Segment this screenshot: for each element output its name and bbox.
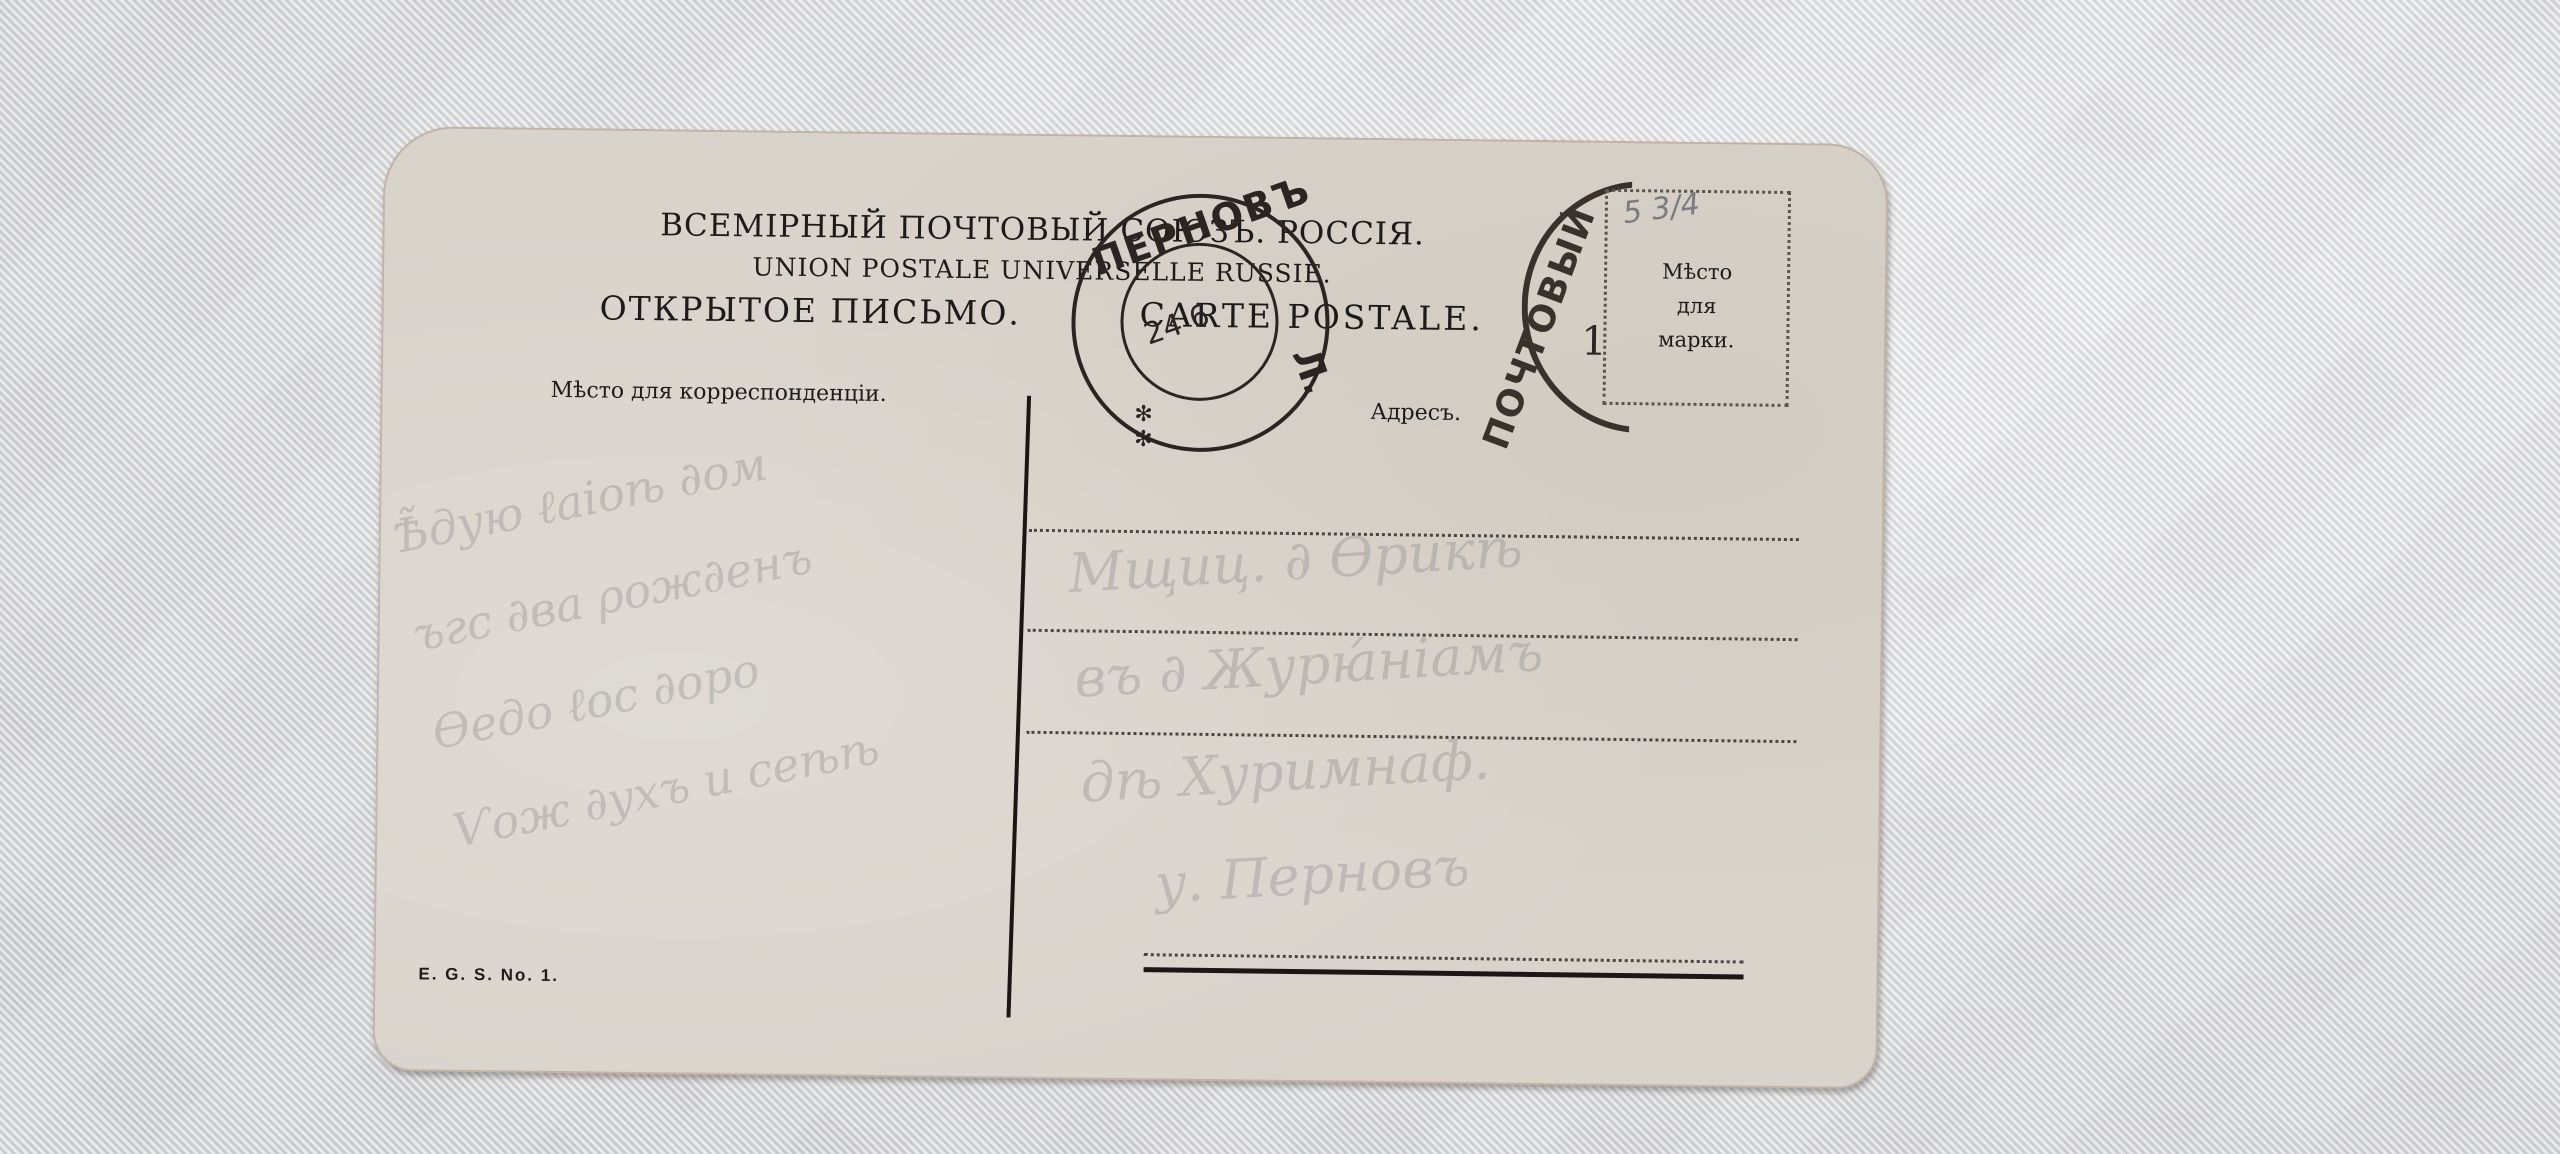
address-label: Адресъ. — [1370, 400, 1461, 426]
publisher-mark: E. G. S. No. 1. — [418, 964, 559, 986]
stamp-box-line: для — [1607, 288, 1787, 324]
handwritten-message: Ѣ̃дую ℓаіоѣ ∂омъгс ∂ва ρож∂енъѲедо ℓос ∂… — [384, 379, 1012, 881]
address-line — [1144, 953, 1744, 963]
handwritten-address: Мщиц. ∂ Ѳрикѣвъ ∂ Журꙗ́ніамъдѣ Хуримнаф.… — [1065, 477, 1848, 940]
header-line-fr: UNION POSTALE UNIVERSELLE RUSSIE. — [522, 250, 1562, 292]
address-underline — [1144, 967, 1744, 979]
stamp-box-line: марки. — [1606, 322, 1786, 358]
postmark-suffix: Л. — [1284, 342, 1341, 400]
stamp-box-line: Мѣсто — [1607, 254, 1787, 290]
header-line-ru: ВСЕМІРНЫЙ ПОЧТОВЫЙ СОЮЗЪ. РОССІЯ. — [522, 206, 1562, 255]
postmark-pernov: ПЕРНОВЪ Л. 24 6 ✻ ✻ — [1070, 192, 1331, 453]
postcard: ВСЕМІРНЫЙ ПОЧТОВЫЙ СОЮЗЪ. РОССІЯ. UNION … — [372, 126, 1888, 1089]
star-icon: ✻ ✻ — [1134, 402, 1325, 454]
title-ru: ОТКРЫТОЕ ПИСЬМО. — [599, 288, 1021, 332]
center-divider — [1006, 396, 1031, 1018]
